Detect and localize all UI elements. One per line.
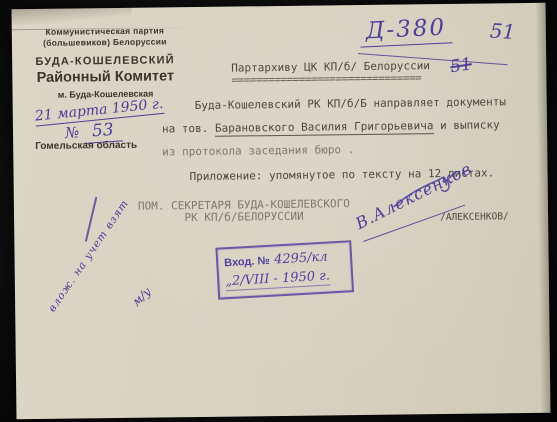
body-line-3: из протокола заседания бюро . bbox=[162, 143, 354, 158]
letterhead: Коммунистическая партия (большевиков) Бе… bbox=[30, 25, 181, 100]
letterhead-committee-name: БУДА-КОШЕЛЕВСКИЙ bbox=[30, 54, 180, 68]
body-line-2-name-underlined: Барановского Василия Григорьевича bbox=[215, 119, 434, 137]
handwritten-archive-code: Д-380 bbox=[359, 14, 453, 47]
body-line-2-suffix: и выписку bbox=[433, 118, 499, 132]
document-scan: Коммунистическая партия (большевиков) Бе… bbox=[12, 3, 551, 419]
addressee-underline: =============================== bbox=[231, 71, 421, 86]
letterhead-party-line2: (большевиков) Белоруссии bbox=[30, 36, 180, 49]
crossed-out-number: 51 bbox=[449, 54, 473, 77]
stamp-date: „2/VIII - 1950 г. bbox=[225, 268, 331, 291]
region-label: Гомельская область bbox=[35, 140, 137, 152]
diagonal-margin-note: влож. на учет взят bbox=[46, 197, 131, 314]
stamp-label: Вход. № bbox=[224, 255, 270, 270]
body-line-2-prefix: на тов. bbox=[162, 122, 215, 136]
body-line-1: Буда-Кошелевский РК КП/б/Б направляет до… bbox=[195, 95, 506, 112]
letterhead-committee-type: Районный Комитет bbox=[30, 68, 180, 86]
body-line-2: на тов. Барановского Василия Григорьевич… bbox=[162, 118, 500, 135]
diagonal-margin-note-2: м/у bbox=[129, 284, 154, 308]
signature-typed-name: /АЛЕКСЕНКОВ/ bbox=[440, 211, 509, 223]
signature-title-block: ПОМ. СЕКРЕТАРЯ БУДА-КОШЕЛЕВСКОГО РК КП/б… bbox=[114, 198, 374, 225]
stamp-number: 4295/кл bbox=[274, 250, 328, 268]
handwritten-corner-number: 51 bbox=[489, 19, 516, 44]
number-sign: № bbox=[64, 123, 79, 142]
incoming-stamp: Вход. № 4295/кл „2/VIII - 1950 г. bbox=[215, 240, 354, 300]
